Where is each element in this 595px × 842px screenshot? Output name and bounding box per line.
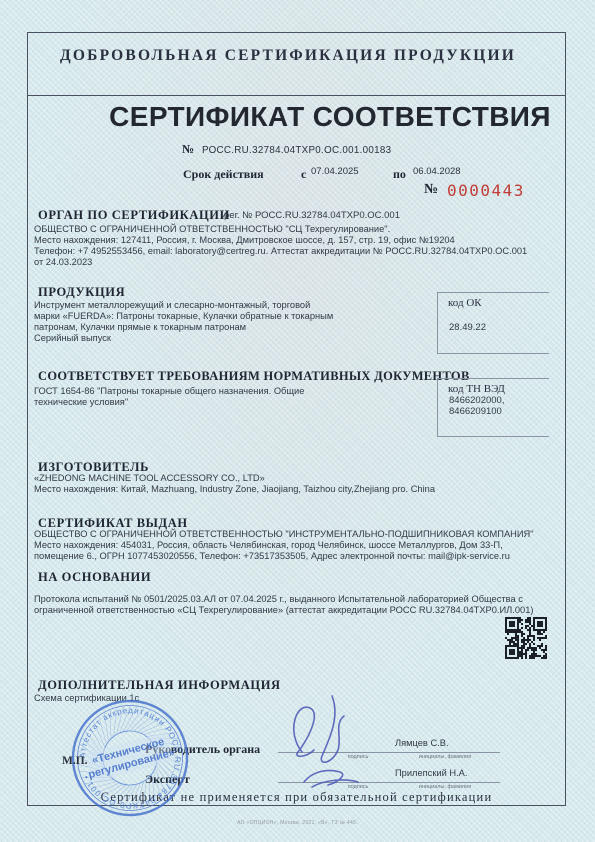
ok-code-value: 28.49.22 bbox=[449, 322, 549, 333]
blank-number: 0000443 bbox=[447, 181, 525, 200]
validity-from-label: с bbox=[301, 167, 306, 182]
organ-section-title: ОРГАН ПО СЕРТИФИКАЦИИ bbox=[38, 208, 230, 223]
expert-signature-ink bbox=[304, 770, 358, 787]
handwritten-signatures bbox=[262, 690, 472, 800]
requirements-documents: ГОСТ 1654-86 "Патроны токарные общего на… bbox=[34, 386, 306, 408]
basis-text: Протокола испытаний № 0501/2025.03.АЛ от… bbox=[34, 594, 539, 616]
certificate-page: ДОБРОВОЛЬНАЯ СЕРТИФИКАЦИЯ ПРОДУКЦИИ СЕРТ… bbox=[0, 0, 595, 842]
organ-reg-number: рег. № РОСС.RU.32784.04ТХР0.ОС.001 bbox=[224, 210, 400, 221]
tnved-code-box: код ТН ВЭД 8466202000, 8466209100 bbox=[437, 378, 549, 437]
cert-number: РОСС.RU.32784.04ТХР0.ОС.001.00183 bbox=[202, 145, 391, 156]
cert-number-sign: № bbox=[182, 142, 194, 157]
document-type-title: ДОБРОВОЛЬНАЯ СЕРТИФИКАЦИЯ ПРОДУКЦИИ bbox=[60, 47, 540, 65]
organ-name: ОБЩЕСТВО С ОГРАНИЧЕННОЙ ОТВЕТСТВЕННОСТЬЮ… bbox=[34, 224, 554, 235]
blank-number-sign: № bbox=[424, 182, 438, 198]
holder-address: Место нахождения: 454031, Россия, област… bbox=[34, 540, 549, 562]
holder-name: ОБЩЕСТВО С ОГРАНИЧЕННОЙ ОТВЕТСТВЕННОСТЬЮ… bbox=[34, 529, 559, 540]
tnved-code-label: код ТН ВЭД bbox=[448, 383, 549, 395]
validity-label: Срок действия bbox=[183, 167, 264, 182]
validity-to-label: по bbox=[393, 167, 406, 182]
organ-address: Место нахождения: 127411, Россия, г. Мос… bbox=[34, 235, 554, 246]
stamp-place-label: М.П. bbox=[62, 755, 88, 767]
head-signature-ink-2 bbox=[321, 696, 344, 762]
ok-code-box: код ОК 28.49.22 bbox=[437, 292, 549, 354]
product-section-title: ПРОДУКЦИЯ bbox=[38, 285, 125, 300]
head-signature-ink bbox=[294, 707, 315, 756]
qr-code bbox=[505, 617, 547, 659]
manufacturer-name: «ZHEDONG MACHINE TOOL ACCESSORY CO., LTD… bbox=[34, 473, 554, 484]
certificate-title: СЕРТИФИКАТ СООТВЕТСТВИЯ bbox=[100, 101, 560, 133]
product-serial: Серийный выпуск bbox=[34, 333, 336, 344]
basis-section-title: НА ОСНОВАНИИ bbox=[38, 570, 151, 585]
validity-to-date: 06.04.2028 bbox=[413, 166, 461, 177]
validity-from-date: 07.04.2025 bbox=[311, 166, 359, 177]
product-description: Инструмент металлорежущий и слесарно-мон… bbox=[34, 300, 336, 333]
header-divider bbox=[27, 95, 566, 96]
ok-code-label: код ОК bbox=[448, 297, 549, 309]
manufacturer-address: Место нахождения: Китай, Mazhuang, Indus… bbox=[34, 484, 554, 495]
tnved-code-line1: 8466202000, bbox=[449, 395, 549, 406]
requirements-section-title: СООТВЕТСТВУЕТ ТРЕБОВАНИЯМ НОРМАТИВНЫХ ДО… bbox=[38, 369, 470, 384]
tnved-code-line2: 8466209100 bbox=[449, 406, 549, 417]
organ-contacts: Телефон: +7 4952553456, email: laborator… bbox=[34, 246, 539, 268]
